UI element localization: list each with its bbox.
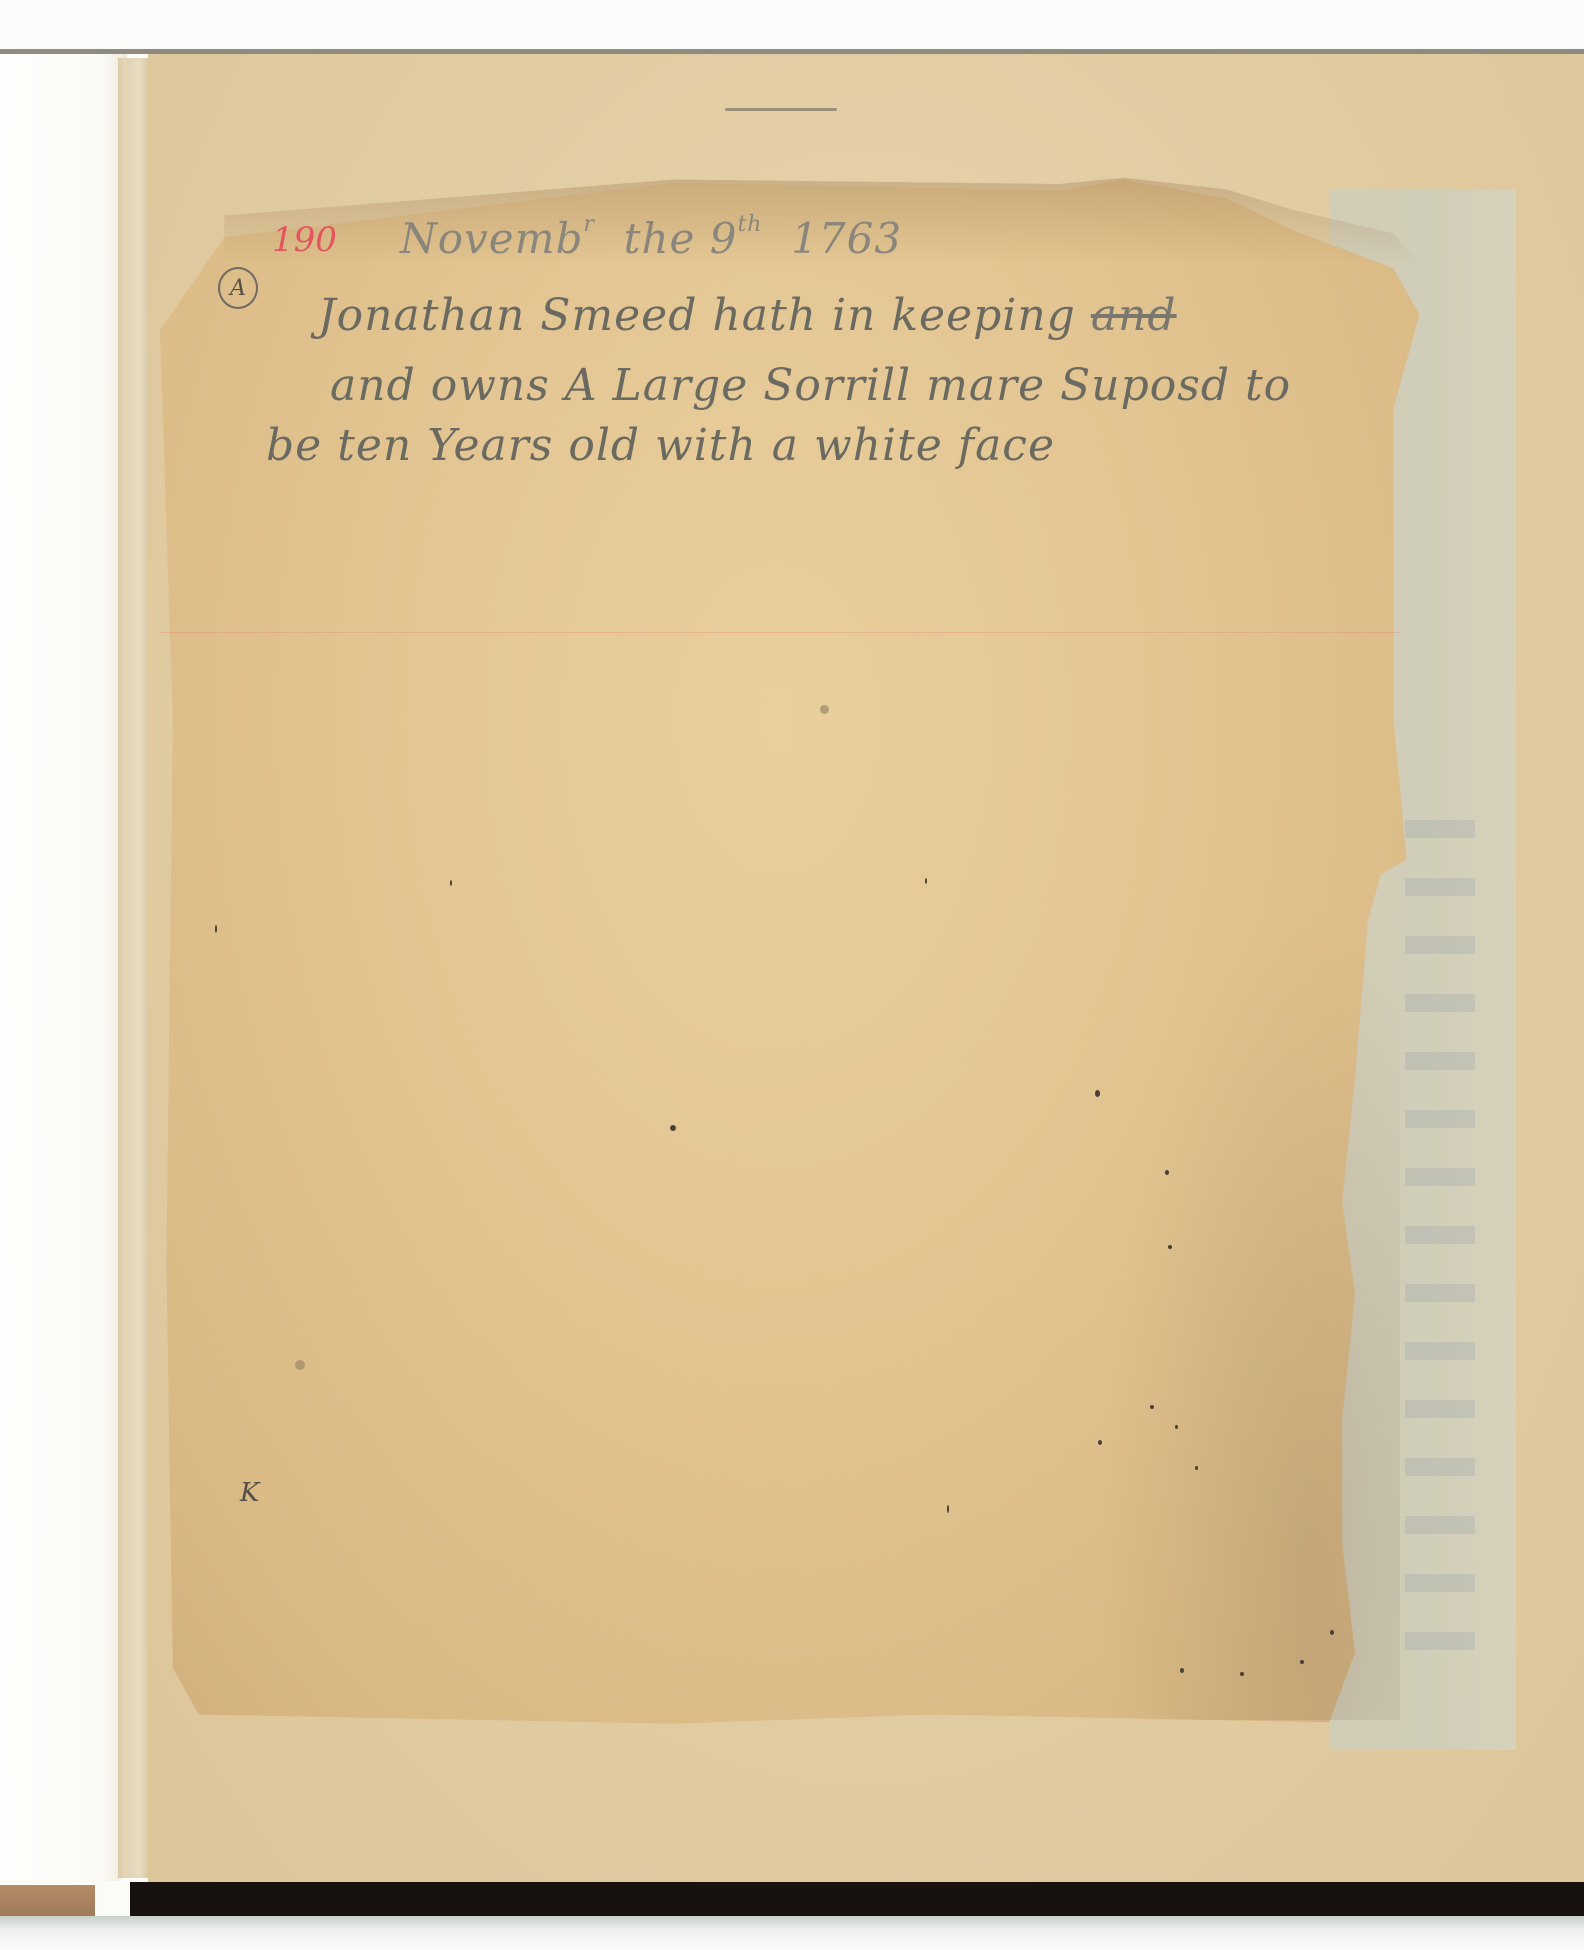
foxing-speck [450,880,452,886]
foxing-speck [1150,1405,1154,1409]
foxing-speck [295,1360,305,1370]
circled-letter-mark: A [218,267,258,309]
date-the: the [624,214,696,263]
foxing-speck [1165,1170,1169,1175]
foxing-speck [925,878,927,884]
foxing-speck [1300,1660,1304,1664]
foxing-speck [670,1125,676,1131]
date-day: 9 [710,214,738,263]
struck-word: and [1091,290,1177,341]
foxing-speck [1168,1245,1172,1249]
manuscript-line-3: be ten Years old with a white face [266,420,1055,471]
date-line: Novembr the 9th 1763 [400,212,902,263]
foxing-speck [1098,1440,1102,1445]
foxing-speck [1240,1672,1244,1676]
left-blank-page [0,54,127,1881]
foxing-speck [1330,1630,1334,1635]
manuscript-line-1: Jonathan Smeed hath in keeping and [318,290,1177,341]
ruled-line [160,632,1400,633]
circled-letter: A [230,276,246,301]
pencil-rule-mark [725,108,837,111]
foxing-speck [947,1505,949,1513]
foxing-speck [1195,1466,1198,1470]
day-superscript: th [737,212,762,237]
month-superscript: r [583,212,595,237]
date-year: 1763 [791,214,902,263]
gutter-strip-inner [128,58,150,1878]
line-1-text: Jonathan Smeed hath in keeping [318,290,1076,341]
corner-pencil-mark: K [240,1478,259,1508]
catalog-number: 190 [272,220,337,260]
date-month: Novemb [400,214,583,263]
foxing-speck [215,925,217,933]
foxing-speck [820,705,829,714]
bottom-shadow [130,1882,1584,1916]
scan-top-margin [0,0,1584,50]
bleed-through-text [1405,780,1475,1680]
foxing-speck [1175,1425,1178,1429]
foxing-speck [1180,1668,1184,1673]
scan-bottom-margin [0,1916,1584,1950]
manuscript-line-2: and owns A Large Sorrill mare Suposd to [330,360,1291,411]
foxing-speck [1095,1090,1100,1097]
